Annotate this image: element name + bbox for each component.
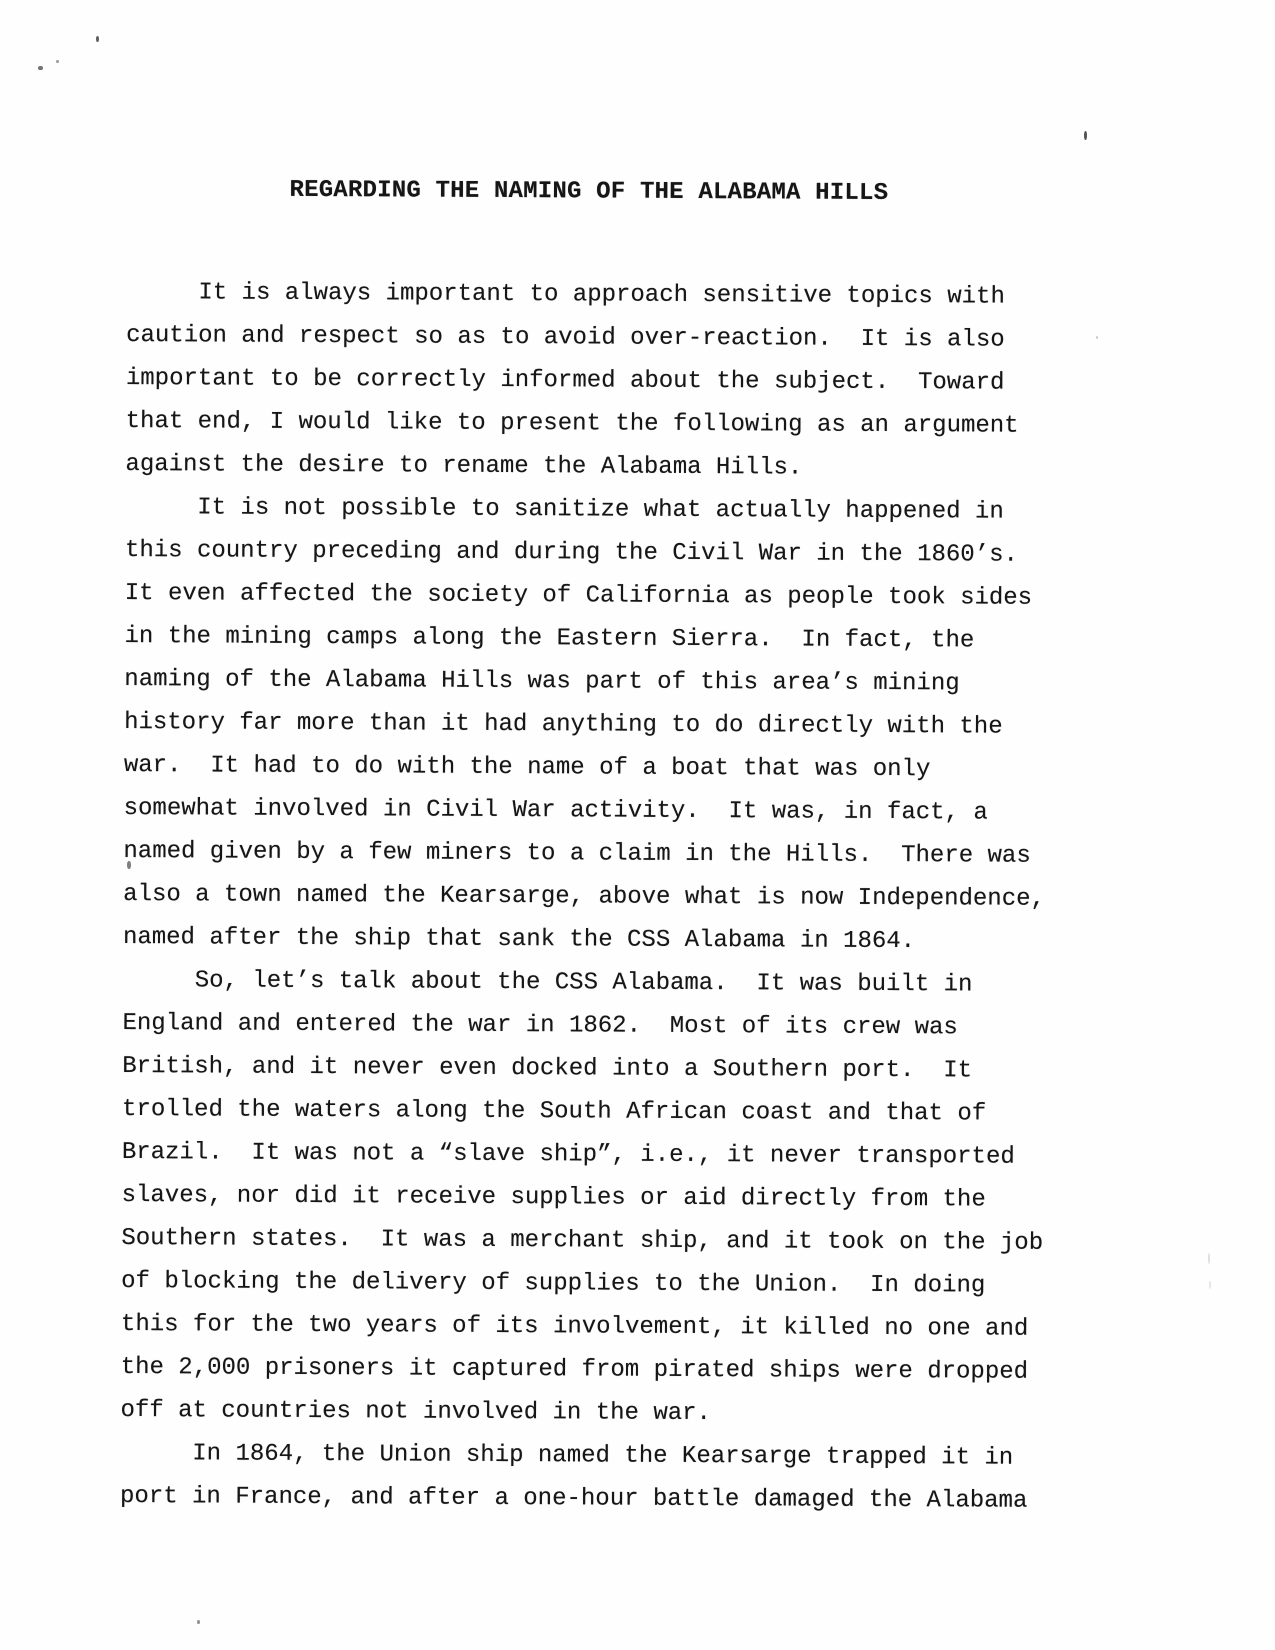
text-line: England and entered the war in 1862. Mos… bbox=[122, 1002, 1046, 1050]
scan-speck bbox=[96, 36, 99, 42]
text-line: Brazil. It was not a “slave ship”, i.e.,… bbox=[122, 1131, 1046, 1179]
scan-speck bbox=[38, 66, 43, 70]
text-line: slaves, nor did it receive supplies or a… bbox=[122, 1174, 1046, 1222]
text-line: important to be correctly informed about… bbox=[126, 357, 1050, 405]
scan-speck bbox=[1096, 336, 1098, 339]
scan-speck bbox=[56, 60, 59, 63]
text-line: It is not possible to sanitize what actu… bbox=[125, 486, 1049, 534]
text-line: that end, I would like to present the fo… bbox=[126, 400, 1050, 448]
paragraph: It is always important to approach sensi… bbox=[125, 271, 1050, 491]
text-line: naming of the Alabama Hills was part of … bbox=[124, 658, 1048, 706]
scan-speck bbox=[1209, 1281, 1211, 1289]
paragraph: In 1864, the Union ship named the Kearsa… bbox=[120, 1432, 1044, 1523]
document-body: It is always important to approach sensi… bbox=[120, 271, 1051, 1523]
text-line: the 2,000 prisoners it captured from pir… bbox=[121, 1346, 1045, 1394]
text-line: caution and respect so as to avoid over-… bbox=[126, 314, 1050, 362]
text-line: named given by a few miners to a claim i… bbox=[123, 830, 1047, 878]
text-line: trolled the waters along the South Afric… bbox=[122, 1088, 1046, 1136]
text-line: In 1864, the Union ship named the Kearsa… bbox=[120, 1432, 1044, 1480]
text-line: history far more than it had anything to… bbox=[124, 701, 1048, 749]
text-line: port in France, and after a one-hour bat… bbox=[120, 1475, 1044, 1523]
text-line: against the desire to rename the Alabama… bbox=[125, 443, 1049, 491]
paragraph: It is not possible to sanitize what actu… bbox=[123, 486, 1049, 964]
text-line: war. It had to do with the name of a boa… bbox=[124, 744, 1048, 792]
text-line: named after the ship that sank the CSS A… bbox=[123, 916, 1047, 964]
paragraph: So, let’s talk about the CSS Alabama. It… bbox=[120, 959, 1046, 1437]
text-line: Southern states. It was a merchant ship,… bbox=[121, 1217, 1045, 1265]
text-line: It is always important to approach sensi… bbox=[126, 271, 1050, 319]
text-line: So, let’s talk about the CSS Alabama. It… bbox=[123, 959, 1047, 1007]
text-line: this for the two years of its involvemen… bbox=[121, 1303, 1045, 1351]
text-line: off at countries not involved in the war… bbox=[120, 1389, 1044, 1437]
scan-speck bbox=[1084, 131, 1087, 140]
document-page: REGARDING THE NAMING OF THE ALABAMA HILL… bbox=[0, 0, 1275, 1650]
text-line: this country preceding and during the Ci… bbox=[125, 529, 1049, 577]
scan-speck bbox=[1208, 1253, 1210, 1264]
text-line: in the mining camps along the Eastern Si… bbox=[124, 615, 1048, 663]
typed-text-block: REGARDING THE NAMING OF THE ALABAMA HILL… bbox=[120, 168, 1051, 1523]
scan-speck bbox=[197, 1620, 200, 1624]
document-title: REGARDING THE NAMING OF THE ALABAMA HILL… bbox=[127, 168, 1051, 216]
text-line: British, and it never even docked into a… bbox=[122, 1045, 1046, 1093]
text-line: somewhat involved in Civil War activity.… bbox=[124, 787, 1048, 835]
text-line: of blocking the delivery of supplies to … bbox=[121, 1260, 1045, 1308]
text-line: It even affected the society of Californ… bbox=[125, 572, 1049, 620]
text-line: also a town named the Kearsarge, above w… bbox=[123, 873, 1047, 921]
